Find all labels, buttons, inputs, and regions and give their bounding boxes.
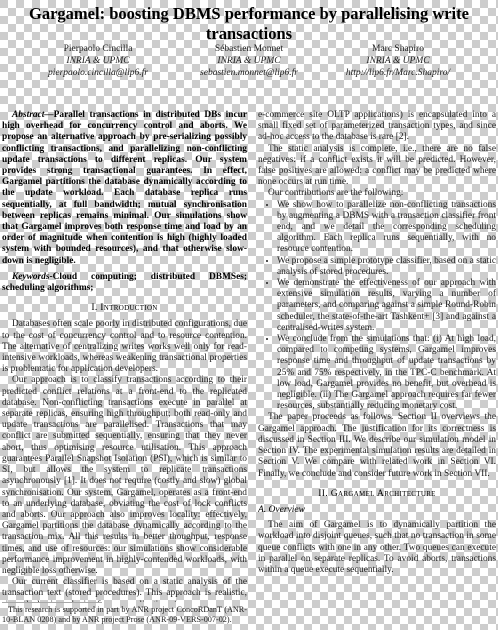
keywords: Keywords-Cloud computing; distributed DB… [2,272,247,294]
paragraph: Our current classifier is based on a sta… [2,577,247,602]
author-block: Pierpaolo Cincilla INRIA & UPMC pierpaol… [0,43,498,89]
footnote-text: This research is supported in part by AN… [2,605,247,625]
contribution-list: We show how to parallelize non-conflicti… [258,200,496,413]
footnote-rule [2,602,102,603]
keywords-label: Keywords [12,272,50,282]
author-1: Pierpaolo Cincilla INRIA & UPMC pierpaol… [8,43,188,79]
subsection-heading-overview: A. Overview [258,505,496,516]
author-email: pierpaolo.cincilla@lip6.fr [8,67,188,79]
paragraph: The static analysis is complete, i.e., t… [258,144,496,189]
author-3: Marc Shapiro INRIA & UPMC http://lip6.fr… [312,43,484,79]
paragraph: Databases often scale poorly in distribu… [2,319,247,375]
author-email: sebastien.monnet@lip6.fr [167,67,331,79]
paragraph: Our contributions are the following: [258,188,496,199]
paragraph: The paper proceeds as follows. Section I… [258,412,496,479]
section-heading-architecture: II. Gargamel Architecture [258,488,496,499]
paper-page: Gargamel: boosting DBMS performance by p… [0,0,498,630]
author-name: Marc Shapiro [312,43,484,55]
author-url: http://lip6.fr/Marc.Shapiro/ [312,67,484,79]
author-name: Pierpaolo Cincilla [8,43,188,55]
section-heading-introduction: I. Introduction [2,302,247,313]
list-item: We show how to parallelize non-conflicti… [277,200,496,256]
abstract-text: Parallel transactions in distributed DBs… [2,110,247,266]
left-column: Abstract—Parallel transactions in distri… [2,110,247,602]
paragraph: e-commerce site OLTP applications) is en… [258,110,496,144]
author-affiliation: INRIA & UPMC [167,55,331,67]
list-item: We propose a simple prototype classifier… [277,256,496,278]
footnote: This research is supported in part by AN… [2,602,247,625]
author-name: Sébastien Monnet [167,43,331,55]
list-item: We conclude from the simulations that: (… [277,334,496,412]
right-column: e-commerce site OLTP applications) is en… [258,110,496,630]
author-2: Sébastien Monnet INRIA & UPMC sebastien.… [167,43,331,79]
paper-title: Gargamel: boosting DBMS performance by p… [0,4,498,44]
author-affiliation: INRIA & UPMC [8,55,188,67]
abstract: Abstract—Parallel transactions in distri… [2,110,247,267]
paragraph: The aim of Gargamel is to dynamically pa… [258,520,496,576]
paragraph: Our approach is to classify transactions… [2,375,247,577]
list-item: We demonstrate the effectiveness of our … [277,278,496,334]
author-affiliation: INRIA & UPMC [312,55,484,67]
abstract-label: Abstract— [12,110,54,120]
